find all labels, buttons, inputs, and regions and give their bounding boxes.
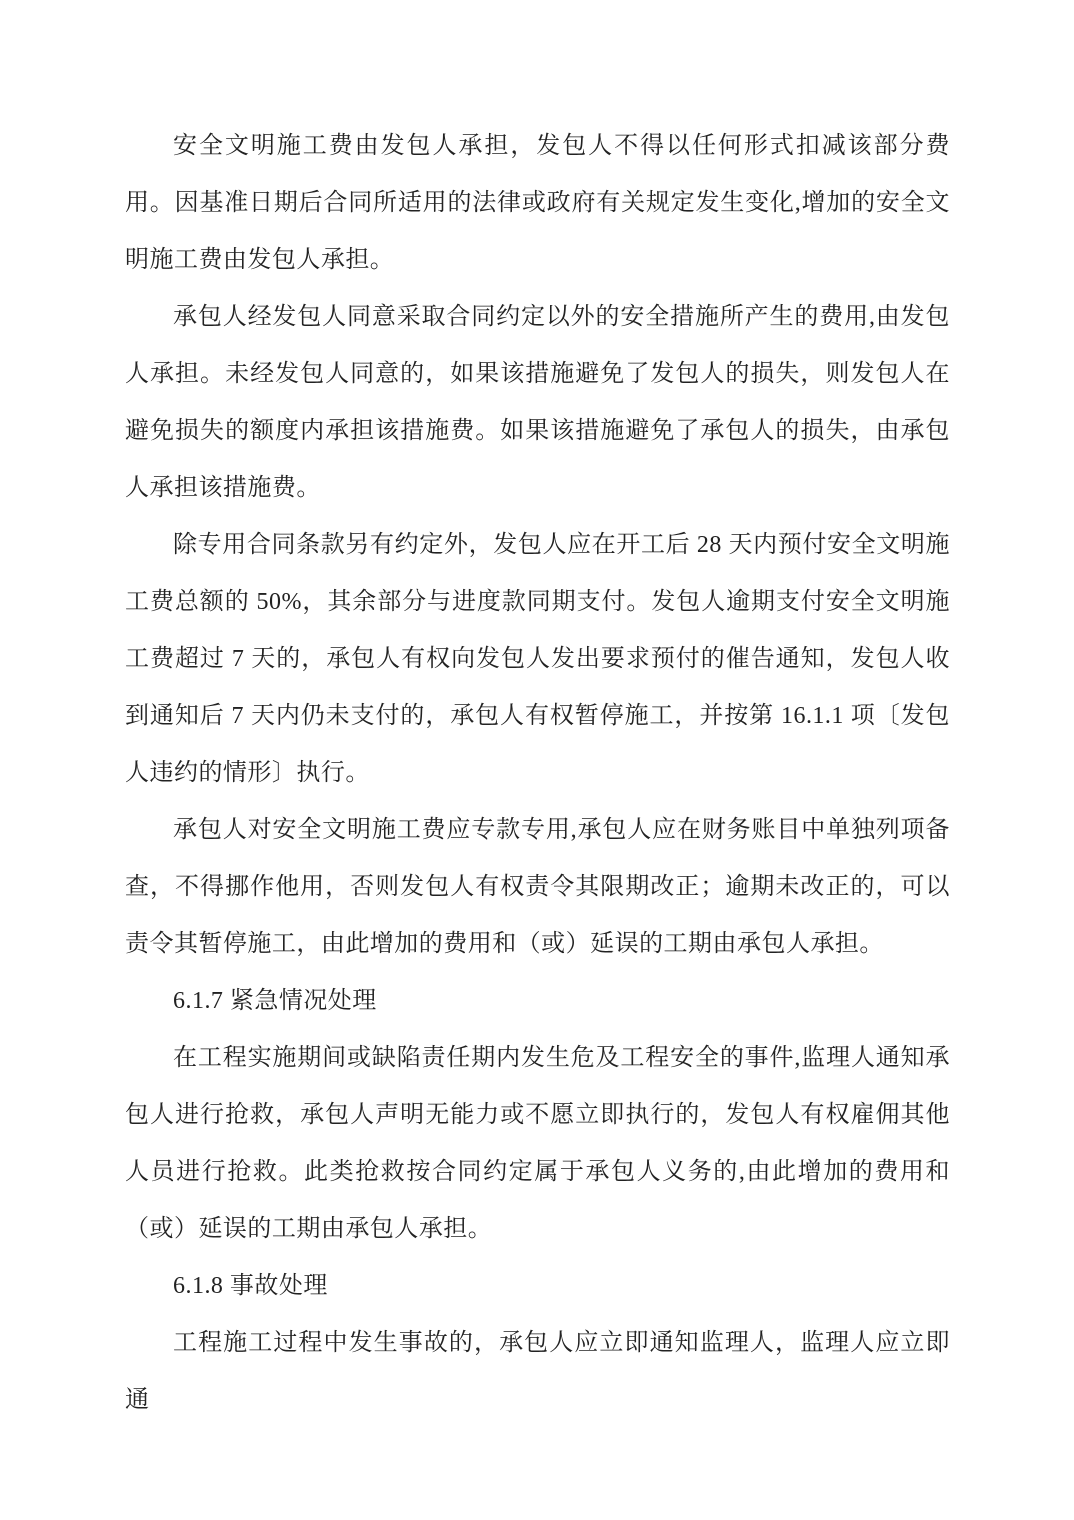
section-heading: 6.1.7 紧急情况处理 <box>125 973 950 1030</box>
paragraph: 除专用合同条款另有约定外，发包人应在开工后 28 天内预付安全文明施工费总额的 … <box>125 517 950 802</box>
paragraph: 工程施工过程中发生事故的，承包人应立即通知监理人，监理人应立即通 <box>125 1315 950 1429</box>
paragraph: 在工程实施期间或缺陷责任期内发生危及工程安全的事件,监理人通知承包人进行抢救，承… <box>125 1030 950 1258</box>
section-heading: 6.1.8 事故处理 <box>125 1258 950 1315</box>
paragraph: 安全文明施工费由发包人承担，发包人不得以任何形式扣减该部分费用。因基准日期后合同… <box>125 118 950 289</box>
paragraph: 承包人经发包人同意采取合同约定以外的安全措施所产生的费用,由发包人承担。未经发包… <box>125 289 950 517</box>
document-page: 安全文明施工费由发包人承担，发包人不得以任何形式扣减该部分费用。因基准日期后合同… <box>0 0 1074 1520</box>
paragraph: 承包人对安全文明施工费应专款专用,承包人应在财务账目中单独列项备查，不得挪作他用… <box>125 802 950 973</box>
document-content: 安全文明施工费由发包人承担，发包人不得以任何形式扣减该部分费用。因基准日期后合同… <box>0 0 1074 1429</box>
